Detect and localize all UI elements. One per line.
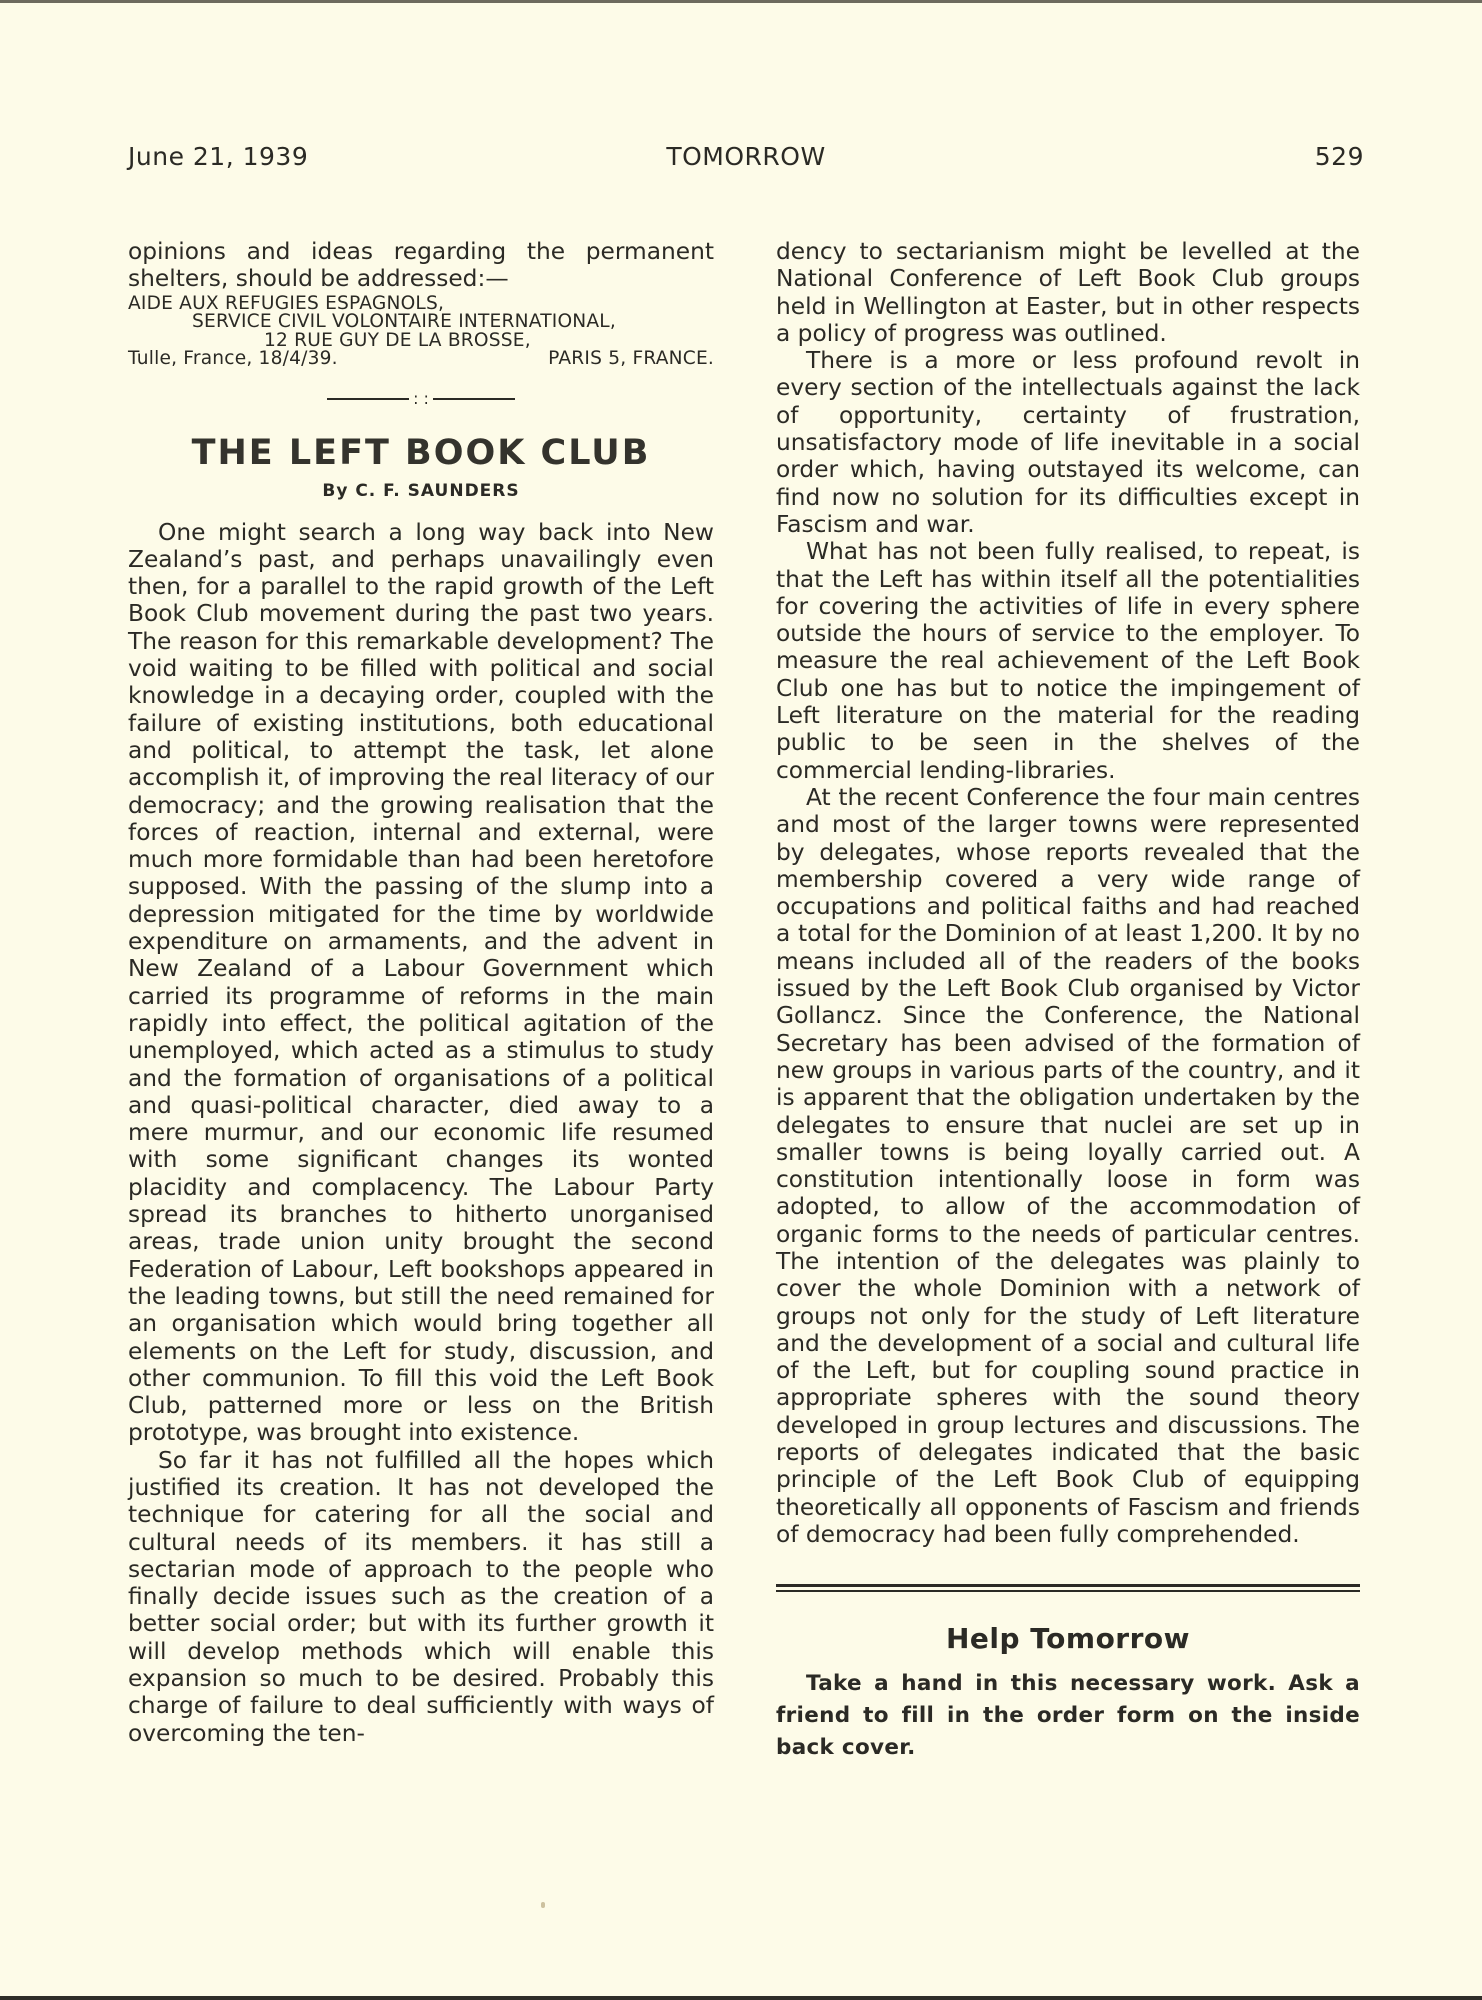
divider-colons: : : (413, 391, 429, 407)
address-line-2: SERVICE CIVIL VOLONTAIRE INTERNATIONAL, (128, 313, 714, 332)
page-number: 529 (1315, 142, 1364, 171)
article-paragraph: At the recent Conference the four main c… (776, 784, 1360, 1548)
article-paragraph: There is a more or less profound revolt … (776, 347, 1360, 538)
running-head: June 21, 1939 TOMORROW 529 (128, 142, 1364, 176)
address-city: PARIS 5, FRANCE. (548, 350, 714, 369)
page-edge-top (0, 0, 1482, 3)
place-date: Tulle, France, 18/4/39. (128, 350, 338, 369)
double-rule-divider (776, 1584, 1360, 1592)
left-column: opinions and ideas regarding the permane… (128, 238, 714, 1747)
notice-text: Take a hand in this necessary work. Ask … (776, 1668, 1360, 1764)
article-title: THE LEFT BOOK CLUB (128, 433, 714, 473)
notice-title: Help Tomorrow (776, 1622, 1360, 1656)
rule-thick (776, 1584, 1360, 1587)
article-paragraph-continued: dency to sectarianism might be levelled … (776, 238, 1360, 347)
divider-dash-left (327, 398, 409, 400)
article-paragraph: What has not been fully realised, to rep… (776, 538, 1360, 784)
right-column: dency to sectarianism might be levelled … (776, 238, 1360, 1764)
publication-title: TOMORROW (128, 142, 1364, 171)
article-byline: By C. F. SAUNDERS (128, 481, 714, 501)
paper-speck (541, 1902, 545, 1908)
help-tomorrow-notice: Help Tomorrow Take a hand in this necess… (776, 1622, 1360, 1764)
section-divider: : : (128, 391, 714, 407)
continued-paragraph: opinions and ideas regarding the permane… (128, 238, 714, 293)
divider-dash-right (433, 398, 515, 400)
address-block: AIDE AUX REFUGIES ESPAGNOLS, SERVICE CIV… (128, 295, 714, 369)
page-edge-bottom (0, 1996, 1482, 2000)
article-paragraph: One might search a long way back into Ne… (128, 519, 714, 1447)
rule-thin (776, 1590, 1360, 1592)
address-line-4: Tulle, France, 18/4/39. PARIS 5, FRANCE. (128, 350, 714, 369)
article-paragraph: So far it has not fulfilled all the hope… (128, 1447, 714, 1747)
